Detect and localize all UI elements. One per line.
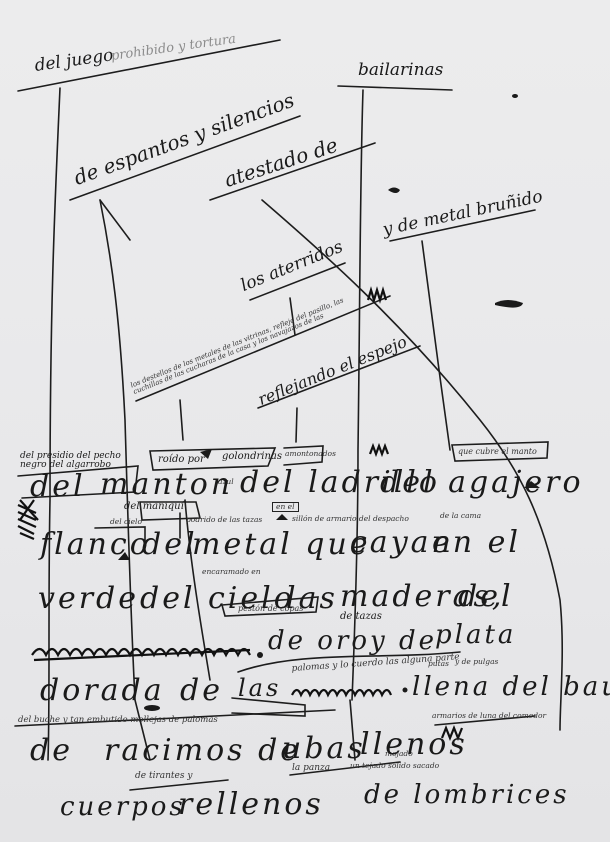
heading-bailarinas: bailarinas bbox=[358, 62, 443, 79]
line5-dorada: dorada bbox=[40, 676, 165, 706]
note-la-cama: de la cama bbox=[440, 512, 481, 520]
note-del-cielo-small: del cielo bbox=[110, 518, 142, 526]
line2-flanco: flanco bbox=[40, 530, 151, 560]
note-amontonados: amontonados bbox=[285, 450, 336, 458]
line7-de-lombrices: de lombrices bbox=[364, 782, 570, 808]
line6-ubas: ubas bbox=[282, 734, 366, 764]
note-sillon: sillón de armario del despacho bbox=[292, 515, 409, 523]
note-armarios: armarios de luna del comedor bbox=[432, 712, 546, 720]
line1-agajero: del agajero bbox=[380, 468, 584, 498]
line3-las: las bbox=[286, 584, 338, 614]
note-que-cubre: que cubre el manto bbox=[458, 448, 537, 456]
note-buche: del buche y tan embutido mollejas de pal… bbox=[18, 716, 218, 725]
line4-y-de: y de bbox=[370, 628, 437, 654]
line7-cuerpos: cuerpos bbox=[60, 794, 186, 820]
line6-racimos: racimos de bbox=[104, 736, 301, 766]
note-tirantes: de tirantes y bbox=[135, 772, 192, 781]
line3-del: del bbox=[140, 584, 196, 614]
note-encaramado: encaramado en bbox=[202, 568, 261, 576]
line1-manton: manton bbox=[100, 470, 233, 500]
line4-plata: plata bbox=[435, 622, 516, 648]
line6-de: de bbox=[30, 736, 73, 766]
line3-del-2: del bbox=[458, 582, 514, 612]
note-maniqui: del maniquí bbox=[124, 502, 184, 512]
line2-metal: metal que bbox=[192, 530, 371, 560]
line4-de-oro: de oro bbox=[268, 628, 370, 654]
note-roido: roído por bbox=[158, 455, 205, 465]
line1-del: del bbox=[30, 472, 86, 502]
line5-de: de bbox=[180, 676, 223, 706]
line7-rellenos: rellenos bbox=[178, 790, 324, 820]
note-putas: putas bbox=[428, 660, 449, 668]
line3-verde: verde bbox=[38, 584, 139, 614]
line3-cielo: cielo bbox=[208, 584, 295, 614]
line2-en-el: en el bbox=[432, 528, 521, 558]
line2-del: del bbox=[142, 530, 198, 560]
manuscript-page: del juego prohibido y tortura bailarinas… bbox=[0, 0, 610, 842]
note-golondrinas: golondrinas bbox=[222, 452, 282, 462]
line5-llena-del-baul: llena del baul bbox=[412, 674, 610, 700]
note-en-el: en el bbox=[272, 502, 299, 512]
note-podrido: podrido de las tazas bbox=[186, 516, 262, 524]
line5-las: las bbox=[238, 676, 281, 700]
line6-llenos: llenos bbox=[360, 730, 468, 760]
note-pulgas: y de pulgas bbox=[455, 658, 498, 666]
